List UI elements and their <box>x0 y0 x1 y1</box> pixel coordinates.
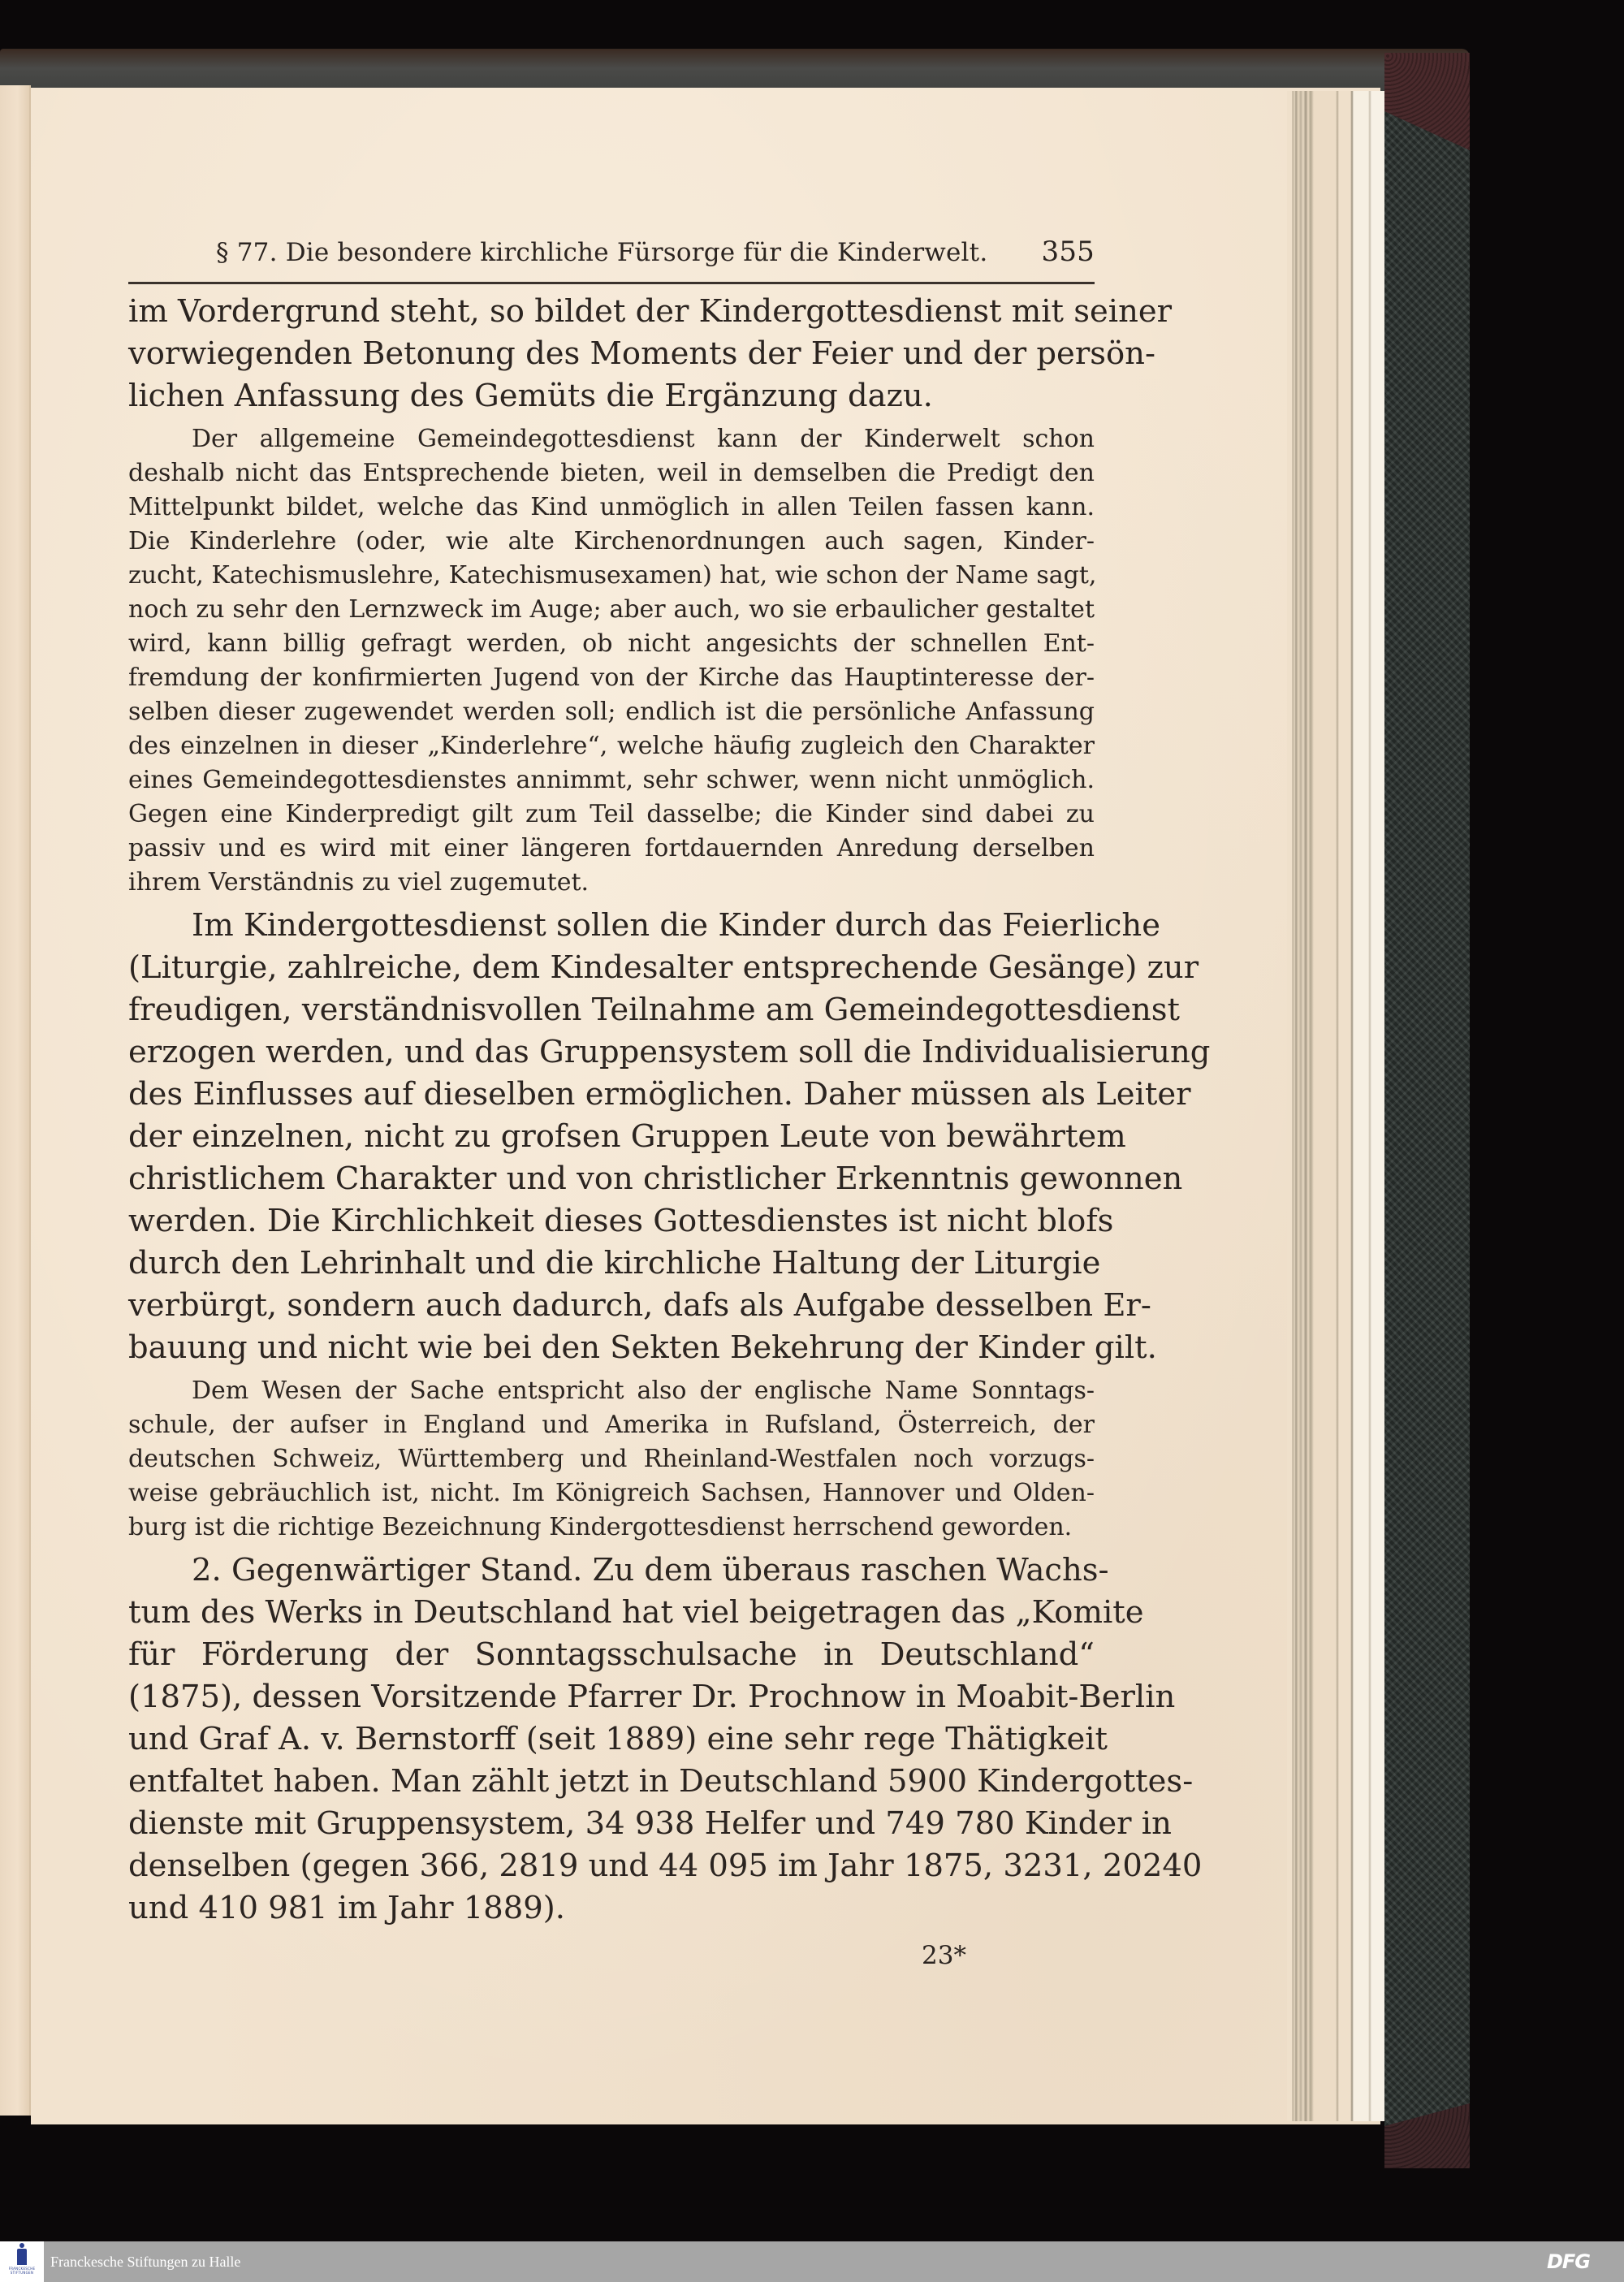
text-line: erzogen werden, und das Gruppensystem so… <box>128 1031 1095 1074</box>
text-line: verbürgt, sondern auch dadurch, dafs als… <box>128 1285 1095 1327</box>
text-line: Mittelpunkt bildet, welche das Kind unmö… <box>128 491 1095 525</box>
text-line: für Förderung der Sonntagsschulsache in … <box>128 1634 1095 1676</box>
section-number: § 77. <box>216 238 278 267</box>
book-cover-right <box>1384 53 1470 2160</box>
previous-page-edge <box>0 85 31 2116</box>
text-line: christlichem Charakter und von christlic… <box>128 1158 1095 1200</box>
page-content: § 77. Die besondere kirchliche Fürsorge … <box>128 236 1095 1930</box>
text-line: (Liturgie, zahlreiche, dem Kindesalter e… <box>128 947 1095 989</box>
text-line: Gegen eine Kinderpredigt gilt zum Teil d… <box>128 797 1095 832</box>
small-print-paragraph: Der allgemeine Gemeindegottesdienst kann… <box>128 422 1095 900</box>
section-title: Die besondere kirchliche Fürsorge für di… <box>286 238 988 267</box>
text-line: Dem Wesen der Sache entspricht also der … <box>128 1374 1095 1408</box>
main-paragraph: Im Kindergottesdienst sollen die Kinder … <box>128 905 1095 1369</box>
dfg-logo[interactable]: DFG <box>1547 2250 1590 2273</box>
text-line: Die Kinderlehre (oder, wie alte Kircheno… <box>128 525 1095 559</box>
statue-icon <box>17 2249 27 2265</box>
text-line: deshalb nicht das Entsprechende bieten, … <box>128 456 1095 491</box>
institution-name[interactable]: Franckesche Stiftungen zu Halle <box>50 2254 240 2271</box>
text-line: (1875), dessen Vorsitzende Pfarrer Dr. P… <box>128 1676 1095 1718</box>
text-line: zucht, Katechismuslehre, Katechismusexam… <box>128 559 1095 593</box>
text-line: durch den Lehrinhalt und die kirchliche … <box>128 1243 1095 1285</box>
text-line: werden. Die Kirchlichkeit dieses Gottesd… <box>128 1200 1095 1243</box>
text-line: freudigen, verständnisvollen Teilnahme a… <box>128 989 1095 1031</box>
text-line: selben dieser zugewendet werden soll; en… <box>128 695 1095 729</box>
text-line: deutschen Schweiz, Württemberg und Rhein… <box>128 1442 1095 1476</box>
text-line: denselben (gegen 366, 2819 und 44 095 im… <box>128 1845 1095 1887</box>
signature-mark: 23* <box>922 1941 966 1970</box>
main-paragraph: im Vordergrund steht, so bildet der Kind… <box>128 291 1095 417</box>
body-text: im Vordergrund steht, so bildet der Kind… <box>128 291 1095 1930</box>
text-line: des Einflusses auf dieselben ermöglichen… <box>128 1074 1095 1116</box>
logo-text: FRANCKESCHESTIFTUNGEN <box>9 2267 36 2275</box>
small-print-paragraph: Dem Wesen der Sache entspricht also der … <box>128 1374 1095 1545</box>
page-stack-edges <box>1287 91 1384 2121</box>
text-line: des einzelnen in dieser „Kinderlehre“, w… <box>128 729 1095 763</box>
text-line: noch zu sehr den Lernzweck im Auge; aber… <box>128 593 1095 627</box>
text-line: ihrem Verständnis zu viel zugemutet. <box>128 866 1095 900</box>
text-line: dienste mit Gruppensystem, 34 938 Helfer… <box>128 1803 1095 1845</box>
text-line: lichen Anfassung des Gemüts die Ergänzun… <box>128 375 1095 417</box>
text-line: Der allgemeine Gemeindegottesdienst kann… <box>128 422 1095 456</box>
text-line: Im Kindergottesdienst sollen die Kinder … <box>128 905 1095 947</box>
running-head: § 77. Die besondere kirchliche Fürsorge … <box>128 236 1095 284</box>
text-line: 2. Gegenwärtiger Stand. Zu dem überaus r… <box>128 1549 1095 1592</box>
text-line: schule, der aufser in England und Amerik… <box>128 1408 1095 1442</box>
text-line: im Vordergrund steht, so bildet der Kind… <box>128 291 1095 333</box>
text-line: eines Gemeindegottesdienstes annimmt, se… <box>128 763 1095 797</box>
text-line: weise gebräuchlich ist, nicht. Im Königr… <box>128 1476 1095 1511</box>
main-paragraph: 2. Gegenwärtiger Stand. Zu dem überaus r… <box>128 1549 1095 1930</box>
running-head-title: § 77. Die besondere kirchliche Fürsorge … <box>216 238 987 267</box>
footer-bar: FRANCKESCHESTIFTUNGEN Franckesche Stiftu… <box>0 2241 1624 2282</box>
text-line: tum des Werks in Deutschland hat viel be… <box>128 1592 1095 1634</box>
text-line: vorwiegenden Betonung des Moments der Fe… <box>128 333 1095 375</box>
page-number: 355 <box>1042 236 1095 268</box>
text-line: bauung und nicht wie bei den Sekten Beke… <box>128 1327 1095 1369</box>
text-line: entfaltet haben. Man zählt jetzt in Deut… <box>128 1761 1095 1803</box>
institution-logo[interactable]: FRANCKESCHESTIFTUNGEN <box>0 2241 44 2282</box>
text-line: der einzelnen, nicht zu grofsen Gruppen … <box>128 1116 1095 1158</box>
text-line: und 410 981 im Jahr 1889). <box>128 1887 1095 1930</box>
text-line: fremdung der konfirmierten Jugend von de… <box>128 661 1095 695</box>
text-line: und Graf A. v. Bernstorff (seit 1889) ei… <box>128 1718 1095 1761</box>
text-line: passiv und es wird mit einer längeren fo… <box>128 832 1095 866</box>
text-line: wird, kann billig gefragt werden, ob nic… <box>128 627 1095 661</box>
text-line: burg ist die richtige Bezeichnung Kinder… <box>128 1511 1095 1545</box>
